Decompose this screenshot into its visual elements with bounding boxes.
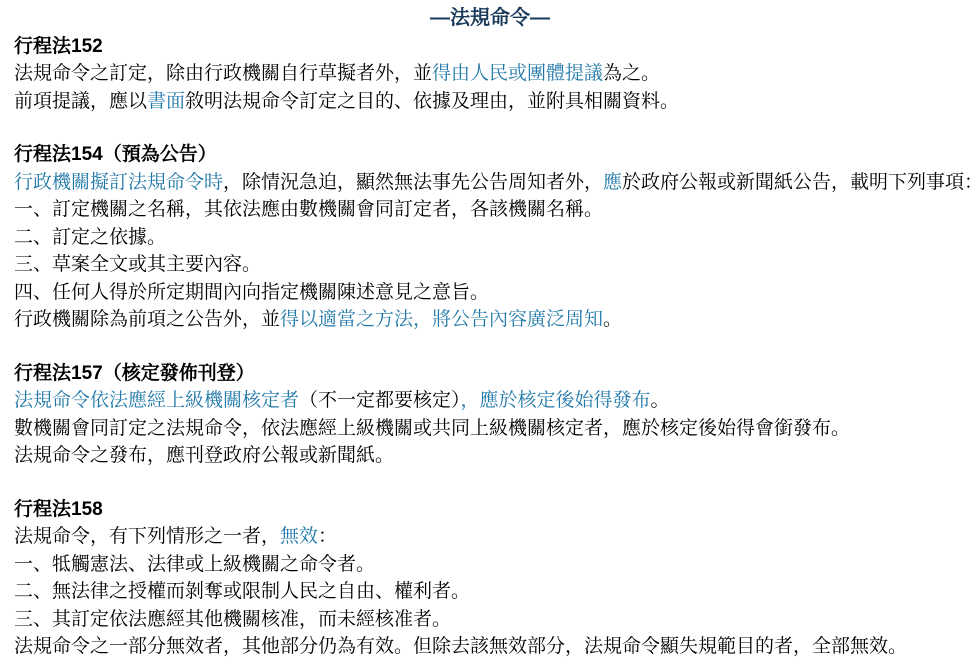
text-line: 三、其訂定依法應經其他機關核准，而未經核准者。	[14, 606, 966, 634]
text-segment: 法規命令，有下列情形之一者，	[14, 526, 280, 547]
law-section: 行程法152法規命令之訂定，除由行政機關自行草擬者外，並得由人民或團體提議為之。…	[14, 33, 966, 116]
text-line: 一、牴觸憲法、法律或上級機關之命令者。	[14, 551, 966, 579]
text-line: 數機關會同訂定之法規命令，依法應經上級機關或共同上級機關核定者，應於核定後始得會…	[14, 415, 966, 443]
text-segment: 法規命令之一部分無效者，其他部分仍為有效。但除去該無效部分，法規命令顯失規範目的…	[14, 636, 907, 657]
text-segment: 四、任何人得於所定期間內向指定機關陳述意見之意旨。	[14, 282, 489, 303]
highlighted-segment: 行政機關擬訂法規命令時	[14, 172, 223, 193]
section-heading: 行程法152	[14, 33, 966, 61]
text-segment: 為之。	[603, 63, 660, 84]
highlighted-segment: ，應於核定後始得發布	[461, 390, 651, 411]
text-segment: 於政府公報或新聞紙公告，載明下列事項：	[622, 172, 980, 193]
text-line: 法規命令之發布，應刊登政府公報或新聞紙。	[14, 442, 966, 470]
highlighted-segment: 法規命令依法應經上級機關核定者	[14, 390, 299, 411]
law-section: 行程法157（核定發佈刊登）法規命令依法應經上級機關核定者（不一定都要核定），應…	[14, 360, 966, 470]
section-heading: 行程法157（核定發佈刊登）	[14, 360, 966, 388]
highlighted-segment: 書面	[147, 91, 185, 112]
highlighted-segment: 得由人民或團體提議	[432, 63, 603, 84]
text-line: 三、草案全文或其主要內容。	[14, 251, 966, 279]
text-line: 法規命令依法應經上級機關核定者（不一定都要核定），應於核定後始得發布。	[14, 387, 966, 415]
text-line: 二、訂定之依據。	[14, 224, 966, 252]
text-line: 法規命令之一部分無效者，其他部分仍為有效。但除去該無效部分，法規命令顯失規範目的…	[14, 633, 966, 661]
highlighted-segment: 得以適當之方法，將公告內容廣泛周知	[280, 309, 603, 330]
sections: 行程法152法規命令之訂定，除由行政機關自行草擬者外，並得由人民或團體提議為之。…	[14, 33, 966, 661]
page-title: —法規命令—	[14, 5, 966, 33]
law-section: 行程法154（預為公告）行政機關擬訂法規命令時，除情況急迫，顯然無法事先公告周知…	[14, 141, 966, 334]
highlighted-segment: 應	[603, 172, 622, 193]
text-segment: 法規命令之訂定，除由行政機關自行草擬者外，並	[14, 63, 432, 84]
text-segment: 法規命令之發布，應刊登政府公報或新聞紙。	[14, 445, 394, 466]
text-segment: 二、無法律之授權而剝奪或限制人民之自由、權利者。	[14, 581, 470, 602]
document-page: —法規命令— 行程法152法規命令之訂定，除由行政機關自行草擬者外，並得由人民或…	[0, 0, 980, 661]
text-segment: 二、訂定之依據。	[14, 227, 166, 248]
text-segment: （不一定都要核定）	[299, 390, 461, 411]
text-line: 一、訂定機關之名稱，其依法應由數機關會同訂定者，各該機關名稱。	[14, 196, 966, 224]
text-segment: 數機關會同訂定之法規命令，依法應經上級機關或共同上級機關核定者，應於核定後始得會…	[14, 418, 850, 439]
text-line: 四、任何人得於所定期間內向指定機關陳述意見之意旨。	[14, 279, 966, 307]
law-section: 行程法158法規命令，有下列情形之一者，無效：一、牴觸憲法、法律或上級機關之命令…	[14, 496, 966, 661]
text-line: 前項提議，應以書面敘明法規命令訂定之目的、依據及理由，並附具相關資料。	[14, 88, 966, 116]
section-heading: 行程法158	[14, 496, 966, 524]
text-segment: ：	[318, 526, 337, 547]
text-segment: 行政機關除為前項之公告外，並	[14, 309, 280, 330]
text-segment: 三、草案全文或其主要內容。	[14, 254, 261, 275]
section-heading: 行程法154（預為公告）	[14, 141, 966, 169]
text-line: 二、無法律之授權而剝奪或限制人民之自由、權利者。	[14, 578, 966, 606]
text-segment: ，除情況急迫，顯然無法事先公告周知者外，	[223, 172, 603, 193]
text-line: 行政機關擬訂法規命令時，除情況急迫，顯然無法事先公告周知者外，應於政府公報或新聞…	[14, 169, 966, 197]
text-segment: 。	[603, 309, 622, 330]
highlighted-segment: 無效	[280, 526, 318, 547]
text-segment: 敘明法規命令訂定之目的、依據及理由，並附具相關資料。	[185, 91, 679, 112]
text-line: 法規命令，有下列情形之一者，無效：	[14, 523, 966, 551]
text-segment: 三、其訂定依法應經其他機關核准，而未經核准者。	[14, 609, 451, 630]
text-line: 法規命令之訂定，除由行政機關自行草擬者外，並得由人民或團體提議為之。	[14, 60, 966, 88]
text-segment: 。	[651, 390, 670, 411]
text-line: 行政機關除為前項之公告外，並得以適當之方法，將公告內容廣泛周知。	[14, 306, 966, 334]
text-segment: 一、訂定機關之名稱，其依法應由數機關會同訂定者，各該機關名稱。	[14, 199, 603, 220]
text-segment: 前項提議，應以	[14, 91, 147, 112]
text-segment: 一、牴觸憲法、法律或上級機關之命令者。	[14, 554, 375, 575]
